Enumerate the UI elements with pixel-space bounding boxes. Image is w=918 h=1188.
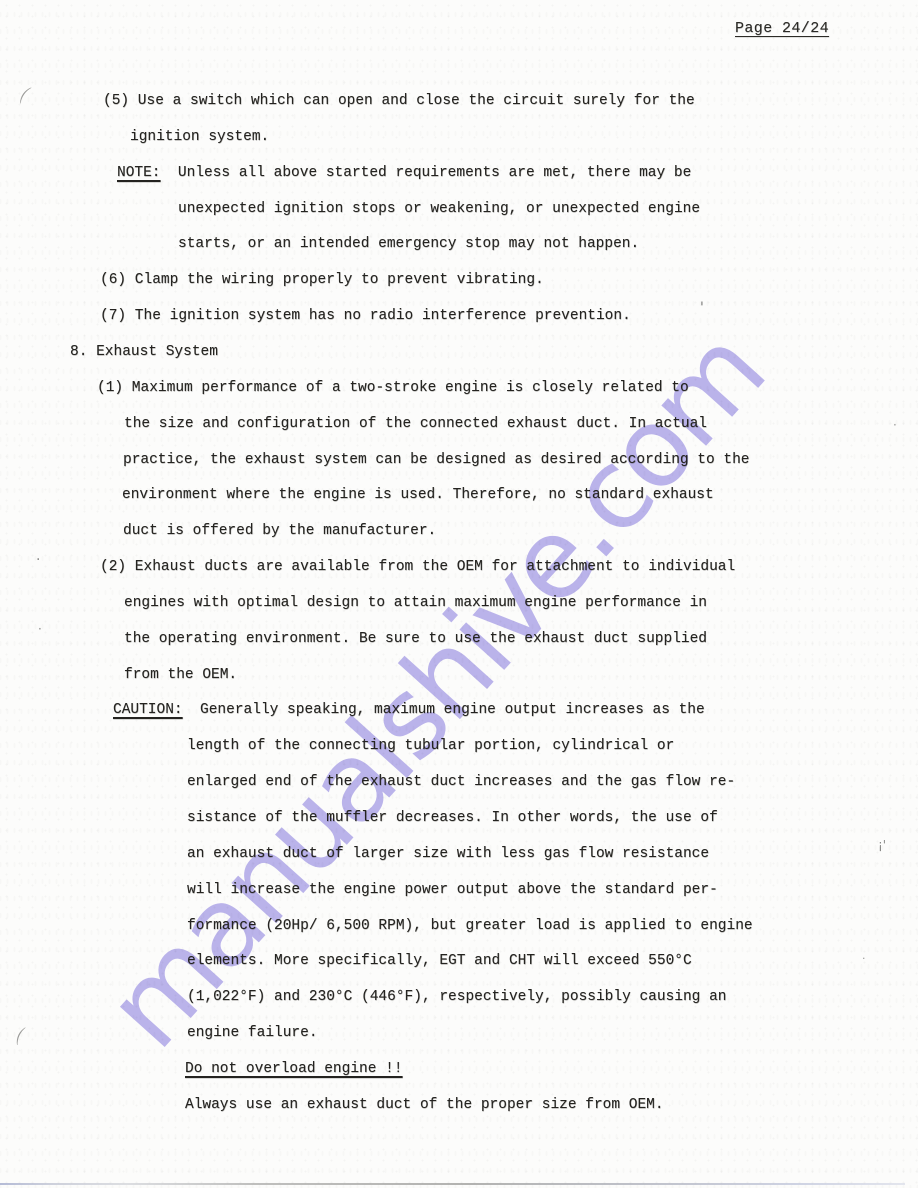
text-line: practice, the exhaust system can be desi… — [123, 451, 750, 469]
text-line: from the OEM. — [124, 666, 237, 684]
text-line: formance (20Hp/ 6,500 RPM), but greater … — [187, 917, 753, 935]
text-line: CAUTION: Generally speaking, maximum eng… — [113, 701, 705, 719]
scan-edge-line — [0, 1183, 905, 1185]
text-line: (1,022°F) and 230°C (446°F), respectivel… — [187, 988, 727, 1006]
text-line: will increase the engine power output ab… — [187, 881, 718, 899]
text-line: (1) Maximum performance of a two-stroke … — [97, 379, 689, 397]
text-segment: practice, the exhaust system can be desi… — [123, 452, 750, 468]
text-segment: the size and configuration of the connec… — [124, 416, 707, 432]
text-line: engines with optimal design to attain ma… — [124, 594, 707, 612]
text-line: (2) Exhaust ducts are available from the… — [100, 558, 735, 576]
text-line: engine failure. — [187, 1024, 318, 1042]
text-segment: environment where the engine is used. Th… — [122, 487, 714, 503]
text-line: (6) Clamp the wiring properly to prevent… — [100, 271, 544, 289]
text-line: enlarged end of the exhaust duct increas… — [187, 773, 735, 791]
document-body: (5) Use a switch which can open and clos… — [0, 0, 918, 1188]
underlined-text: Do not overload engine !! — [185, 1061, 403, 1077]
underlined-text: CAUTION: — [113, 702, 183, 718]
text-line: elements. More specifically, EGT and CHT… — [187, 952, 692, 970]
text-line: unexpected ignition stops or weakening, … — [178, 200, 700, 218]
text-segment: length of the connecting tubular portion… — [187, 738, 674, 754]
text-segment: Always use an exhaust duct of the proper… — [185, 1097, 664, 1113]
text-line: length of the connecting tubular portion… — [187, 737, 674, 755]
text-segment: sistance of the muffler decreases. In ot… — [187, 810, 718, 826]
text-line: 8. Exhaust System — [70, 343, 218, 361]
text-line: the operating environment. Be sure to us… — [124, 630, 707, 648]
text-line: the size and configuration of the connec… — [124, 415, 707, 433]
text-segment: the operating environment. Be sure to us… — [124, 631, 707, 647]
text-segment: engines with optimal design to attain ma… — [124, 595, 707, 611]
text-line: environment where the engine is used. Th… — [122, 486, 714, 504]
text-line: an exhaust duct of larger size with less… — [187, 845, 709, 863]
text-segment: will increase the engine power output ab… — [187, 882, 718, 898]
text-segment: (5) Use a switch which can open and clos… — [103, 93, 695, 109]
text-segment: unexpected ignition stops or weakening, … — [178, 201, 700, 217]
text-segment: engine failure. — [187, 1025, 318, 1041]
text-segment: starts, or an intended emergency stop ma… — [178, 236, 639, 252]
text-segment: (1,022°F) and 230°C (446°F), respectivel… — [187, 989, 727, 1005]
text-segment: formance (20Hp/ 6,500 RPM), but greater … — [187, 918, 753, 934]
text-line: ignition system. — [130, 128, 269, 146]
text-line: (7) The ignition system has no radio int… — [100, 307, 631, 325]
text-segment: ignition system. — [130, 129, 269, 145]
text-segment: elements. More specifically, EGT and CHT… — [187, 953, 692, 969]
underlined-text: NOTE: — [117, 165, 161, 181]
text-segment: (1) Maximum performance of a two-stroke … — [97, 380, 689, 396]
text-segment: (7) The ignition system has no radio int… — [100, 308, 631, 324]
text-line: starts, or an intended emergency stop ma… — [178, 235, 639, 253]
scanned-manual-page: { "header": { "page_label": "Page 24/24"… — [0, 0, 918, 1188]
text-line: (5) Use a switch which can open and clos… — [103, 92, 695, 110]
text-line: duct is offered by the manufacturer. — [123, 522, 436, 540]
text-segment: enlarged end of the exhaust duct increas… — [187, 774, 735, 790]
text-line: Do not overload engine !! — [185, 1060, 403, 1078]
text-line: sistance of the muffler decreases. In ot… — [187, 809, 718, 827]
text-segment: 8. Exhaust System — [70, 344, 218, 360]
text-segment: Generally speaking, maximum engine outpu… — [183, 702, 705, 718]
text-line: NOTE: Unless all above started requireme… — [117, 164, 691, 182]
text-segment: duct is offered by the manufacturer. — [123, 523, 436, 539]
text-segment: an exhaust duct of larger size with less… — [187, 846, 709, 862]
text-segment: (6) Clamp the wiring properly to prevent… — [100, 272, 544, 288]
text-segment: Unless all above started requirements ar… — [161, 165, 692, 181]
text-segment: (2) Exhaust ducts are available from the… — [100, 559, 735, 575]
text-line: Always use an exhaust duct of the proper… — [185, 1096, 664, 1114]
text-segment: from the OEM. — [124, 667, 237, 683]
